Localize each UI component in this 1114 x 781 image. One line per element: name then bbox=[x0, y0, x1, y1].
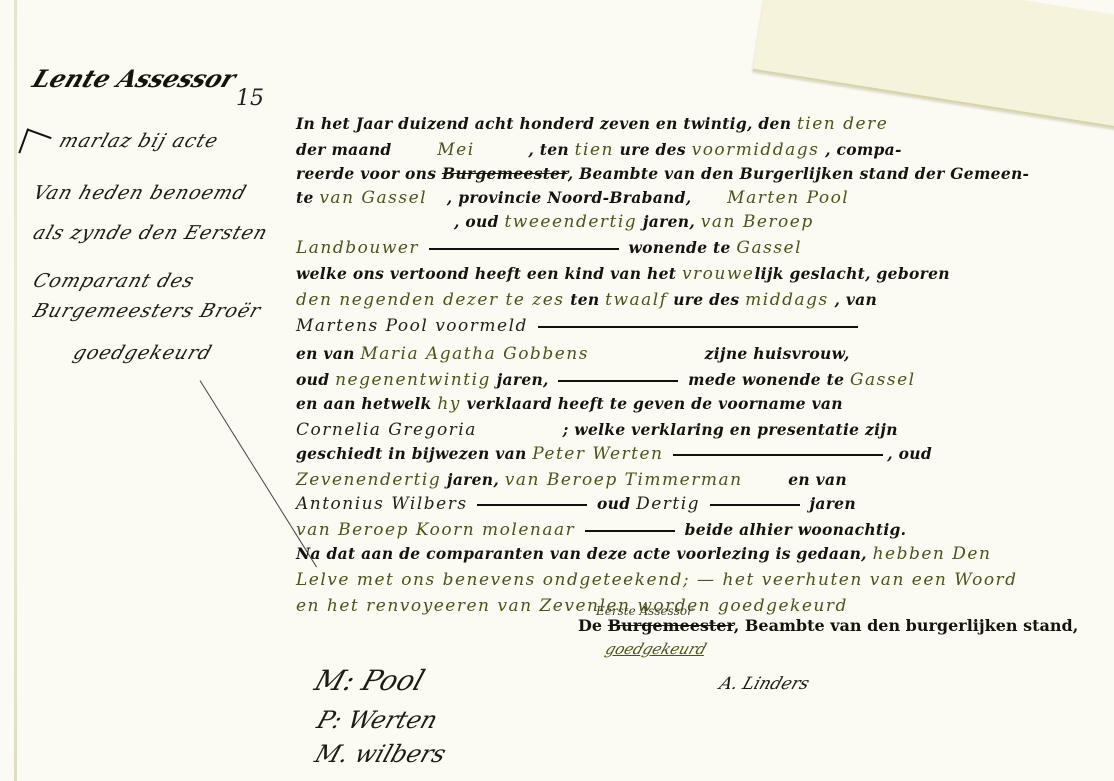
signature-witness-1: P: Werten bbox=[313, 706, 441, 734]
body-line-19: Lelve met ons benevens ondgeteekend; — h… bbox=[296, 570, 1018, 590]
handwritten-closing: hebben Den bbox=[873, 544, 992, 564]
printed-text: en aan hetwelk bbox=[296, 394, 432, 413]
printed-text: beide alhier woonachtig. bbox=[685, 520, 907, 539]
printed-text: jaren, bbox=[643, 212, 695, 231]
printed-text: In het Jaar duizend acht honderd zeven e… bbox=[296, 114, 791, 133]
printed-text: der maand bbox=[296, 140, 392, 159]
body-line-8: den negenden dezer te zes ten twaalf ure… bbox=[296, 290, 877, 310]
printed-text: Na dat aan de comparanten van deze acte … bbox=[296, 544, 867, 563]
footer-annotation-below: goedgekeurd bbox=[603, 640, 709, 658]
body-line-1: In het Jaar duizend acht honderd zeven e… bbox=[296, 114, 888, 134]
printed-text: zijne huisvrouw, bbox=[705, 344, 850, 363]
handwritten-residence: Gassel bbox=[736, 238, 802, 258]
official-title-line: De Burgemeester, Beambte van den burgerl… bbox=[578, 616, 1078, 635]
handwritten-time-of-day: voormiddags bbox=[692, 140, 820, 160]
margin-note-line: als zynde den Eersten bbox=[30, 222, 271, 244]
margin-note-line: Comparant des bbox=[30, 270, 197, 292]
handwritten-profession-label: van Beroep bbox=[701, 212, 814, 232]
printed-text: , provincie Noord-Braband, bbox=[447, 188, 692, 207]
handwritten-month: Mei bbox=[437, 140, 474, 160]
handwritten-sex: vrouwe bbox=[682, 264, 755, 284]
margin-note-line: goedgekeurd bbox=[70, 342, 215, 364]
handwritten-witness-2-age: Dertig bbox=[636, 494, 700, 514]
printed-text: en van bbox=[296, 344, 355, 363]
struck-text: Burgemeester bbox=[442, 164, 568, 183]
handwritten-witness-1: Peter Werten bbox=[532, 444, 663, 464]
handwritten-child-name: Cornelia Gregoria bbox=[296, 420, 477, 440]
printed-text: oud bbox=[296, 370, 329, 389]
handwritten-profession: Landbouwer bbox=[296, 238, 419, 258]
handwritten-municipality: van Gassel bbox=[319, 188, 427, 208]
printed-text: , oud bbox=[454, 212, 499, 231]
body-line-7: welke ons vertoond heeft een kind van he… bbox=[296, 264, 950, 284]
handwritten-witness-2-profession: van Beroep Koorn molenaar bbox=[296, 520, 575, 540]
blank-rule bbox=[710, 504, 800, 506]
blank-rule bbox=[558, 380, 678, 382]
blank-rule bbox=[585, 530, 675, 532]
body-line-5: , oud tweeendertig jaren, van Beroep bbox=[454, 212, 814, 232]
printed-text: verklaard heeft te geven de bbox=[467, 394, 713, 413]
folio-number: 15 bbox=[236, 86, 264, 111]
printed-text: ure des bbox=[620, 140, 686, 159]
body-line-12: en aan hetwelk hy verklaard heeft te gev… bbox=[296, 394, 843, 414]
handwritten-mother-name: Maria Agatha Gobbens bbox=[360, 344, 589, 364]
handwritten-witness-1-profession: van Beroep Timmerman bbox=[505, 470, 743, 490]
blank-rule bbox=[673, 454, 883, 456]
margin-note-line: Burgemeesters Broër bbox=[30, 300, 264, 322]
body-line-18: Na dat aan de comparanten van deze acte … bbox=[296, 544, 991, 564]
printed-text: , Beambte van den burgerlijken stand, bbox=[734, 616, 1079, 635]
insertion-mark-icon bbox=[18, 128, 51, 161]
printed-text: wonende te bbox=[628, 238, 730, 257]
printed-text: lijk geslacht, geboren bbox=[754, 264, 949, 283]
binding-margin bbox=[14, 0, 17, 781]
printed-text: te bbox=[296, 188, 314, 207]
printed-text: welke ons vertoond heeft een kind van he… bbox=[296, 264, 676, 283]
printed-text: ten bbox=[570, 290, 599, 309]
handwritten-closing: Lelve met ons benevens ondgeteekend; — h… bbox=[296, 570, 1018, 590]
body-line-17: van Beroep Koorn molenaar beide alhier w… bbox=[296, 520, 906, 540]
printed-text: ure des bbox=[673, 290, 739, 309]
signature-witness-2: M. wilbers bbox=[311, 740, 449, 768]
printed-text: oud bbox=[597, 494, 630, 513]
body-line-9: Martens Pool voormeld bbox=[296, 316, 862, 336]
printed-text: jaren, bbox=[497, 370, 549, 389]
official-signature: A. Linders bbox=[717, 674, 812, 694]
printed-text: mede wonende te bbox=[688, 370, 844, 389]
body-line-13: Cornelia Gregoria ; welke verklaring en … bbox=[296, 420, 898, 440]
handwritten-witness-2: Antonius Wilbers bbox=[296, 494, 468, 514]
printed-text: De bbox=[578, 616, 602, 635]
handwritten-approval: en het renvoyeeren van Zevenlen worden g… bbox=[296, 596, 848, 616]
printed-text: , ten bbox=[528, 140, 569, 159]
printed-text: ; welke verklaring en presentatie zijn bbox=[563, 420, 898, 439]
body-line-15: Zevenendertig jaren, van Beroep Timmerma… bbox=[296, 470, 847, 490]
blank-rule bbox=[477, 504, 587, 506]
struck-text: Burgemeester bbox=[608, 616, 734, 635]
body-line-16: Antonius Wilbers oud Dertig jaren bbox=[296, 494, 856, 514]
printed-text: voorname van bbox=[718, 394, 843, 413]
printed-text: jaren, bbox=[447, 470, 499, 489]
blank-rule bbox=[538, 326, 858, 328]
printed-text: , oud bbox=[887, 444, 932, 463]
printed-text: en van bbox=[788, 470, 847, 489]
printed-text: geschiedt in bijwezen van bbox=[296, 444, 527, 463]
handwritten-mother-residence: Gassel bbox=[850, 370, 916, 390]
handwritten-declarant: hy bbox=[437, 394, 461, 414]
margin-note-line: marlaz bij acte bbox=[56, 130, 221, 152]
printed-text: , van bbox=[834, 290, 877, 309]
handwritten-hour: tien bbox=[575, 140, 614, 160]
body-line-11: oud negenentwintig jaren, mede wonende t… bbox=[296, 370, 916, 390]
signature-father: M: Pool bbox=[311, 664, 429, 697]
body-line-4: te van Gassel , provincie Noord-Braband,… bbox=[296, 188, 849, 208]
handwritten-birth-hour: twaalf bbox=[605, 290, 667, 310]
printed-text: reerde voor ons bbox=[296, 164, 436, 183]
handwritten-witness-1-age: Zevenendertig bbox=[296, 470, 441, 490]
body-line-6: Landbouwer wonende te Gassel bbox=[296, 238, 802, 258]
margin-note-line: Van heden benoemd bbox=[30, 182, 249, 204]
printed-text: jaren bbox=[809, 494, 855, 513]
body-line-14: geschiedt in bijwezen van Peter Werten ,… bbox=[296, 444, 932, 464]
body-line-20: en het renvoyeeren van Zevenlen worden g… bbox=[296, 596, 848, 616]
handwritten-father-name: Marten Pool bbox=[727, 188, 849, 208]
body-line-3: reerde voor ons Burgemeester, Beambte va… bbox=[296, 164, 1029, 183]
handwritten-mother-age: negenentwintig bbox=[335, 370, 491, 390]
handwritten-day: tien dere bbox=[797, 114, 888, 134]
body-line-2: der maand Mei , ten tien ure des voormid… bbox=[296, 140, 902, 160]
printed-text: , Beambte van den Burgerlijken stand der… bbox=[568, 164, 1030, 183]
handwritten-age: tweeendertig bbox=[504, 212, 637, 232]
printed-text: , compa- bbox=[825, 140, 902, 159]
handwritten-birth-time: middags bbox=[745, 290, 829, 310]
handwritten-birth-date: den negenden dezer te zes bbox=[296, 290, 565, 310]
body-line-10: en van Maria Agatha Gobbens zijne huisvr… bbox=[296, 344, 850, 364]
blank-rule bbox=[429, 248, 619, 250]
margin-title: Lente Assessor bbox=[29, 64, 240, 93]
handwritten-father-ref: Martens Pool voormeld bbox=[296, 316, 528, 336]
